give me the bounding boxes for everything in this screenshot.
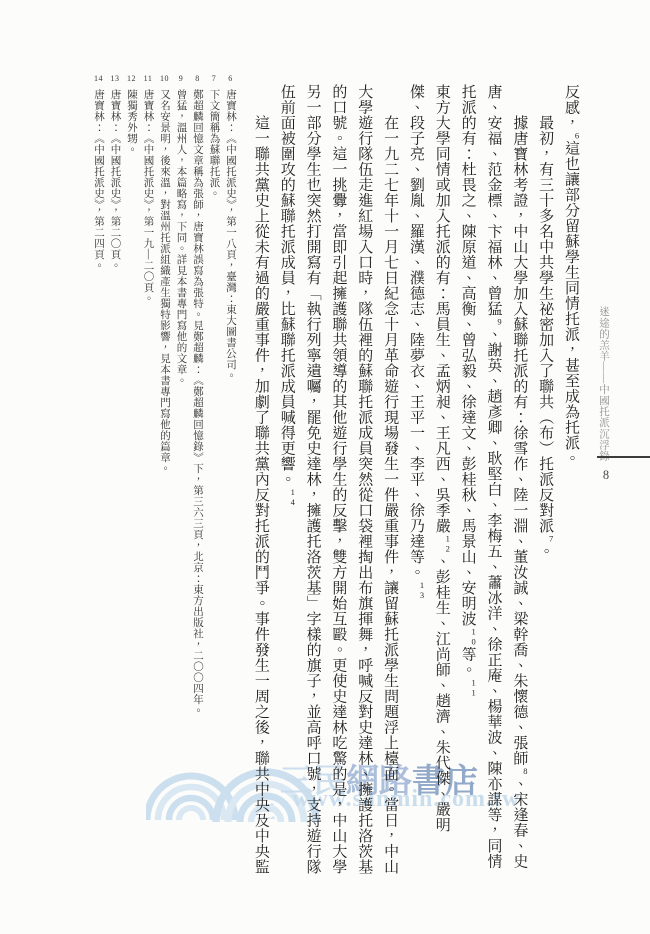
footnote-text: 唐寶林：《中國托派史》，第一八頁，臺灣：東大圖書公司。 (222, 89, 239, 759)
footnote-ref: 8 (520, 766, 530, 776)
footnote-text: 陳獨秀外甥。 (123, 89, 140, 759)
footnote-text: 曾猛，溫州人，本篇略寫，下同。詳見本書專門寫他的文章。 (173, 89, 190, 759)
footnote-ref: 9 (494, 317, 504, 327)
text-column: 另一部分學生也突然打開寫有「執行列寧遺囑，罷免史達林，擁護托洛茨基」字樣的旗子，… (299, 84, 325, 896)
main-text: 反感，6這也讓部分留蘇學生同情托派，甚至成為托派。 最初，有三十多名中共學生祕密… (247, 84, 583, 896)
footnote-ref: 6 (572, 131, 582, 141)
footnote-item: 7下文簡稱為蘇聯托派。 (206, 74, 223, 759)
text-column: 在一九二七年十一月七日紀念十月革命遊行現場發生一件嚴重事件，讓留蘇托派學生問題浮… (376, 84, 402, 896)
page-number: 8 (599, 468, 613, 483)
footnote-number: 11 (140, 74, 157, 86)
footnote-text: 唐寶林：《中國托派史》，第一九—二〇頁。 (140, 89, 157, 759)
text-column: 托派的有：杜畏之、陳原道、高衡、曾弘毅、徐達文、彭桂秋、馬景山、安明波10等。1… (454, 84, 480, 896)
footnote-item: 12陳獨秀外甥。 (123, 74, 140, 759)
footnote-text: 下文簡稱為蘇聯托派。 (206, 89, 223, 759)
text-column: 據唐寶林考證，中山大學加入蘇聯托派的有：徐雪作、陸一淵、董汝誠、梁幹喬、朱懷德、… (505, 84, 531, 896)
page-rule-divider (597, 456, 650, 458)
text-column: 的口號。這一挑釁，當即引起擁護聯共領導的其他遊行學生的反擊，雙方開始互毆。更使史… (325, 84, 351, 896)
footnote-text: 唐寶林：《中國托派史》，第二四頁。 (90, 89, 107, 759)
text-column: 傑、段子亮、劉胤、羅漢、濮德志、陸夢衣、王平一、李平、徐乃達等。13 (402, 84, 428, 896)
footnote-text: 又名安景明，後來溫，對溫州托派組織產生獨特影響，見本書專門寫他的篇章。 (156, 89, 173, 759)
footnotes: 6唐寶林：《中國托派史》，第一八頁，臺灣：東大圖書公司。7下文簡稱為蘇聯托派。8… (88, 74, 238, 774)
footnote-number: 7 (206, 74, 223, 86)
footnote-ref: 12 (443, 534, 453, 554)
footnote-text: 唐寶林：《中國托派史》，第二〇頁。 (107, 89, 124, 759)
footnote-ref: 13 (417, 580, 427, 600)
text-column: 唐、安福、范金標、卞福林、曾猛9、謝英、趙彥卿、耿堅白、李梅五、蕭冰洋、徐正庵、… (480, 84, 506, 896)
footnote-number: 13 (107, 74, 124, 86)
footnote-ref: 14 (288, 487, 298, 507)
footnote-number: 14 (90, 74, 107, 86)
footnote-item: 10又名安景明，後來溫，對溫州托派組織產生獨特影響，見本書專門寫他的篇章。 (156, 74, 173, 759)
text-column: 大學遊行隊伍走進紅場入口時，隊伍裡的蘇聯托派成員突然從口袋裡掏出布旗揮舞，呼喊反… (350, 84, 376, 896)
footnote-text: 鄭超麟回憶文章稱為張師，唐寶林誤寫為張特。見鄭超麟：《鄭超麟回憶錄》下，第三六三… (189, 89, 206, 759)
text-column: 最初，有三十多名中共學生祕密加入了聯共（布）托派反對派7。 (531, 84, 557, 896)
text-column: 東方大學同情或加入托派的有：馬員生、孟炳昶、王凡西、吳季嚴12、彭桂生、江尚師、… (428, 84, 454, 896)
footnote-item: 6唐寶林：《中國托派史》，第一八頁，臺灣：東大圖書公司。 (222, 74, 239, 759)
footnote-item: 9曾猛，溫州人，本篇略寫，下同。詳見本書專門寫他的文章。 (173, 74, 190, 759)
footnote-item: 13唐寶林：《中國托派史》，第二〇頁。 (107, 74, 124, 759)
footnote-item: 11唐寶林：《中國托派史》，第一九—二〇頁。 (140, 74, 157, 759)
footnote-ref: 10 (469, 627, 479, 647)
footnote-number: 12 (123, 74, 140, 86)
running-title: 迷途的羔羊——中國托派沉浮錄 (596, 306, 611, 476)
footnote-number: 6 (222, 74, 239, 86)
footnote-number: 9 (173, 74, 190, 86)
footnote-item: 8鄭超麟回憶文章稱為張師，唐寶林誤寫為張特。見鄭超麟：《鄭超麟回憶錄》下，第三六… (189, 74, 206, 759)
footnote-ref: 7 (546, 534, 556, 544)
footnote-number: 10 (156, 74, 173, 86)
text-column: 這一聯共黨史上從未有過的嚴重事件，加劇了聯共黨內反對托派的鬥爭。事件發生一周之後… (247, 84, 273, 896)
text-column: 反感，6這也讓部分留蘇學生同情托派，甚至成為托派。 (557, 84, 583, 896)
page: 三 三民網路書店 www.sanmin.com.tw 迷途的羔羊——中國托派沉浮… (0, 0, 650, 934)
text-column: 伍前面被圍攻的蘇聯托派成員，比蘇聯托派成員喊得更響。14 (273, 84, 299, 896)
footnote-item: 14唐寶林：《中國托派史》，第二四頁。 (90, 74, 107, 759)
footnote-number: 8 (189, 74, 206, 86)
footnote-ref: 11 (469, 678, 479, 698)
